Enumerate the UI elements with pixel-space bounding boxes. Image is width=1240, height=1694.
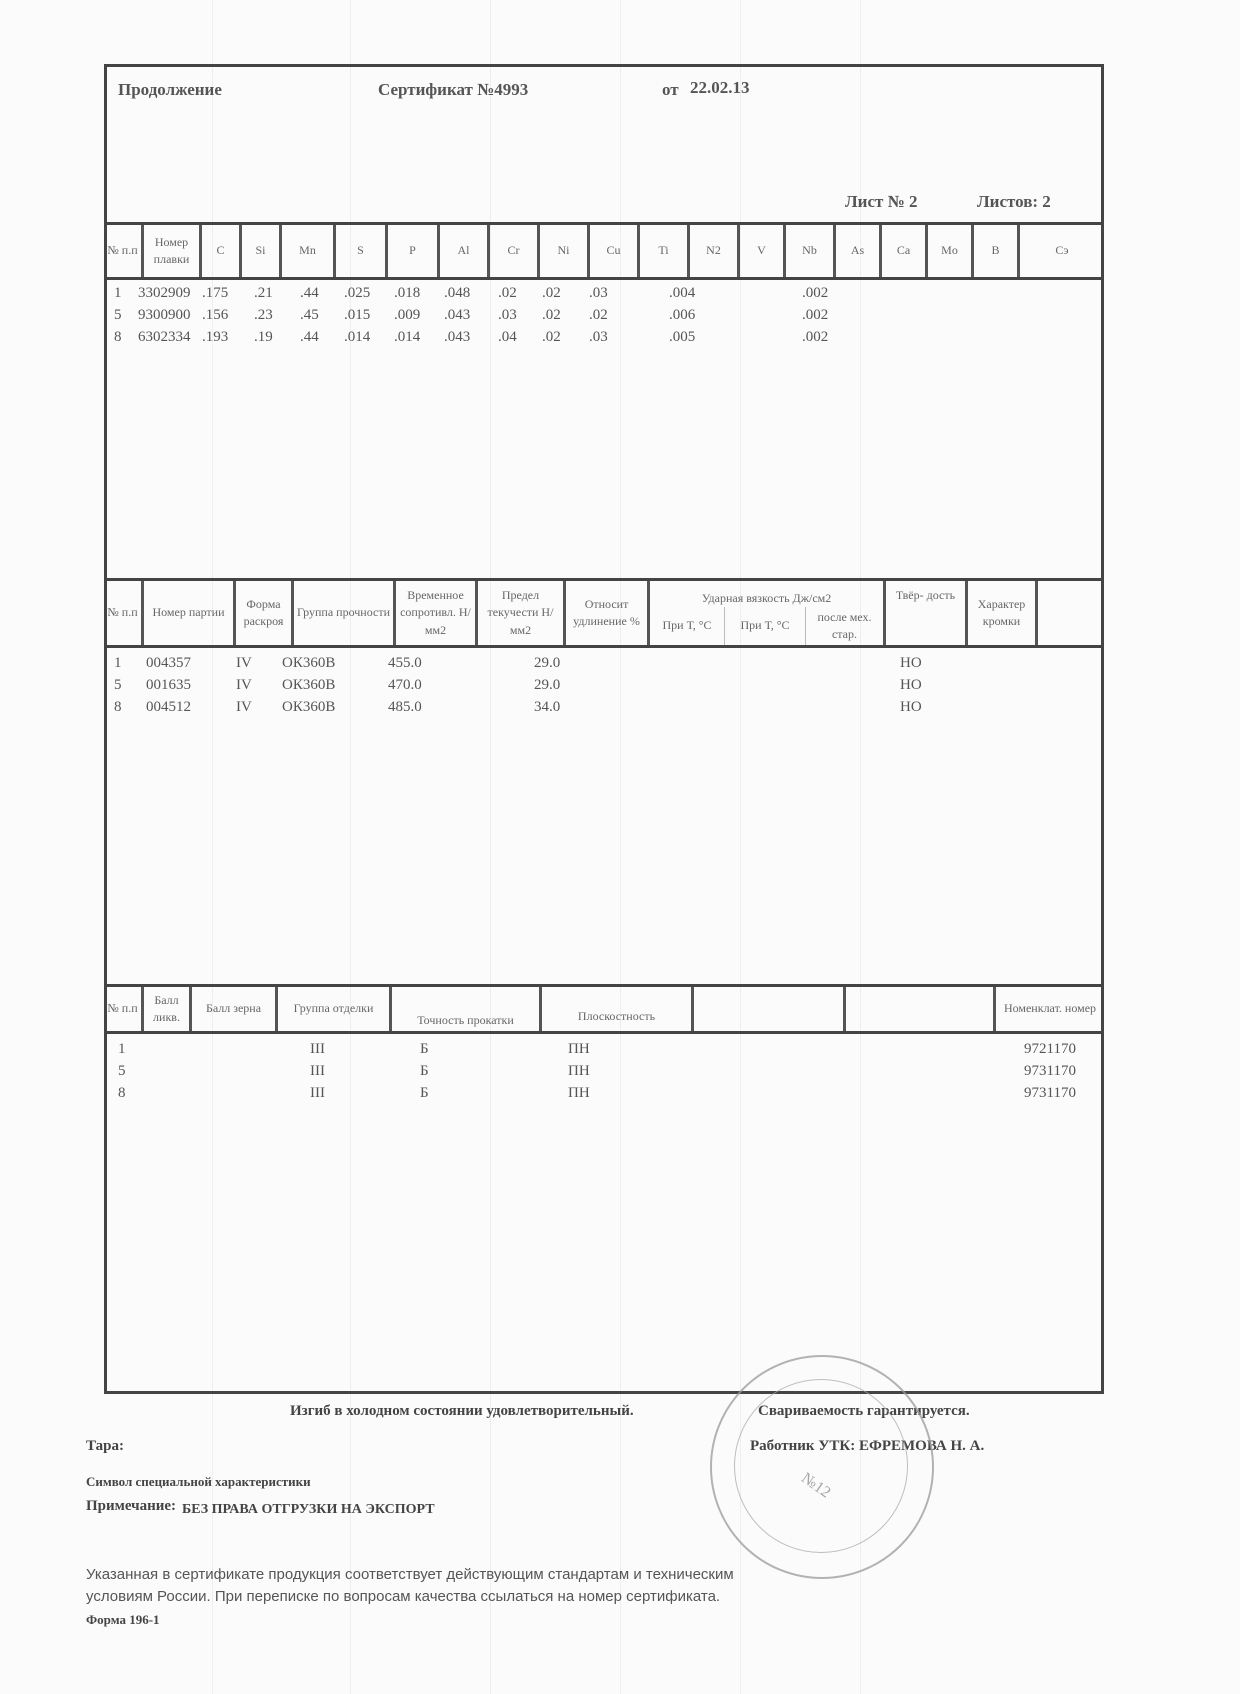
col-yield: Предел текучести Н/мм2: [478, 581, 566, 645]
finish-cell-n: 8: [118, 1082, 126, 1104]
mech-cell-edge: НО: [900, 652, 922, 674]
special-symbol-label: Символ специальной характеристики: [86, 1474, 311, 1490]
chem-cell-Mn: .44: [300, 326, 319, 348]
chem-cell-Si: .19: [254, 326, 273, 348]
compliance-line-2: условиям России. При переписке по вопрос…: [86, 1588, 720, 1605]
note-label: Примечание:: [86, 1498, 176, 1515]
continuation-label: Продолжение: [118, 80, 222, 100]
finish-cell-flatness: ПН: [568, 1060, 590, 1082]
col-edge: Характер кромки: [968, 581, 1038, 645]
chem-col-14: Nb: [786, 225, 836, 277]
chem-cell-S: .014: [344, 326, 370, 348]
mech-cell-cut: IV: [236, 652, 252, 674]
chem-table-header: № п.пНомер плавкиCSiMnSPAlCrNiCuTiN2VNbA…: [104, 222, 1104, 280]
finish-cell-accuracy: Б: [420, 1082, 429, 1104]
chem-cell-Al: .048: [444, 282, 470, 304]
mech-cell-n: 1: [114, 652, 122, 674]
chem-col-15: As: [836, 225, 882, 277]
chem-col-18: B: [974, 225, 1020, 277]
chem-cell-Si: .21: [254, 282, 273, 304]
col-empty-1: [694, 987, 846, 1031]
chem-col-13: V: [740, 225, 786, 277]
impact-t1: При Т, °С: [650, 607, 725, 645]
mech-cell-group: ОК360В: [282, 652, 335, 674]
chem-cell-n: 1: [114, 282, 122, 304]
chem-cell-P: .014: [394, 326, 420, 348]
chem-cell-P: .018: [394, 282, 420, 304]
chem-cell-n: 8: [114, 326, 122, 348]
chem-col-9: Ni: [540, 225, 590, 277]
col-impact: Ударная вязкость Дж/см2 При Т, °С При Т,…: [650, 581, 886, 645]
chem-cell-heat: 9300900: [138, 304, 191, 326]
mech-cell-edge: НО: [900, 696, 922, 718]
mech-cell-elongation: 29.0: [534, 652, 560, 674]
mech-cell-tensile: 455.0: [388, 652, 422, 674]
chem-cell-Cu: .03: [589, 326, 608, 348]
finish-cell-finish: III: [310, 1082, 325, 1104]
date-prefix: от: [662, 80, 679, 100]
finish-cell-finish: III: [310, 1038, 325, 1060]
chem-col-2: C: [202, 225, 242, 277]
col-grain: Балл зерна: [192, 987, 278, 1031]
sheets-total: Листов: 2: [977, 192, 1051, 212]
chem-cell-Mn: .45: [300, 304, 319, 326]
col-tensile: Временное сопротивл. Н/мм2: [396, 581, 478, 645]
finish-table-body: 1IIIБПН97211705IIIБПН97311708IIIБПН97311…: [104, 1038, 1104, 1128]
finish-cell-finish: III: [310, 1060, 325, 1082]
chem-cell-Cr: .04: [498, 326, 517, 348]
mech-cell-group: ОК360В: [282, 696, 335, 718]
col-n: № п.п: [104, 581, 144, 645]
chem-col-16: Ca: [882, 225, 928, 277]
chem-col-0: № п.п: [104, 225, 144, 277]
chem-col-5: S: [336, 225, 388, 277]
chem-col-17: Mo: [928, 225, 974, 277]
col-empty-2: [846, 987, 996, 1031]
certificate-date: 22.02.13: [690, 78, 750, 98]
mech-cell-cut: IV: [236, 696, 252, 718]
finish-cell-accuracy: Б: [420, 1038, 429, 1060]
chem-cell-N2: .006: [669, 304, 695, 326]
mech-cell-batch: 004512: [146, 696, 191, 718]
chem-table-body: 13302909.175.21.44.025.018.048.02.02.03.…: [104, 282, 1104, 372]
mech-cell-elongation: 29.0: [534, 674, 560, 696]
chem-cell-Cu: .02: [589, 304, 608, 326]
finish-cell-nomenclature: 9731170: [1024, 1060, 1076, 1082]
chem-cell-heat: 3302909: [138, 282, 191, 304]
finish-cell-nomenclature: 9731170: [1024, 1082, 1076, 1104]
chem-cell-C: .156: [202, 304, 228, 326]
chem-cell-S: .015: [344, 304, 370, 326]
note-value: БЕЗ ПРАВА ОТГРУЗКИ НА ЭКСПОРТ: [182, 1502, 435, 1518]
mech-table-body: 1004357IVОК360В455.029.0НО5001635IVОК360…: [104, 652, 1104, 742]
col-empty: [1038, 581, 1104, 645]
chem-cell-Al: .043: [444, 304, 470, 326]
tare-label: Тара:: [86, 1438, 124, 1455]
finish-cell-flatness: ПН: [568, 1082, 590, 1104]
chem-cell-Al: .043: [444, 326, 470, 348]
chem-cell-As: .002: [802, 326, 828, 348]
mech-cell-n: 5: [114, 674, 122, 696]
chem-cell-Cu: .03: [589, 282, 608, 304]
finish-cell-accuracy: Б: [420, 1060, 429, 1082]
col-strength-group: Группа прочности: [294, 581, 396, 645]
otk-stamp: №12: [710, 1355, 934, 1579]
mech-cell-batch: 004357: [146, 652, 191, 674]
mech-cell-group: ОК360В: [282, 674, 335, 696]
impact-t2: При Т, °С: [725, 607, 806, 645]
chem-cell-Si: .23: [254, 304, 273, 326]
chem-col-19: Cэ: [1020, 225, 1104, 277]
mech-cell-edge: НО: [900, 674, 922, 696]
chem-col-6: P: [388, 225, 440, 277]
mech-cell-tensile: 470.0: [388, 674, 422, 696]
chem-cell-P: .009: [394, 304, 420, 326]
col-flatness: Плоскостность: [542, 987, 694, 1031]
chem-col-4: Mn: [282, 225, 336, 277]
impact-title: Ударная вязкость Дж/см2: [702, 581, 832, 607]
compliance-line-1: Указанная в сертификате продукция соотве…: [86, 1566, 734, 1583]
chem-cell-Ni: .02: [542, 326, 561, 348]
finish-cell-n: 5: [118, 1060, 126, 1082]
chem-cell-N2: .004: [669, 282, 695, 304]
finish-cell-flatness: ПН: [568, 1038, 590, 1060]
col-liquation: Балл ликв.: [144, 987, 192, 1031]
col-finish-group: Группа отделки: [278, 987, 392, 1031]
chem-cell-n: 5: [114, 304, 122, 326]
sheet-number: Лист № 2: [845, 192, 917, 212]
col-nomenclature: Номенклат. номер: [996, 987, 1104, 1031]
chem-col-11: Ti: [640, 225, 690, 277]
certificate-number: Сертификат №4993: [378, 80, 528, 100]
finish-table-header: № п.п Балл ликв. Балл зерна Группа отдел…: [104, 984, 1104, 1034]
chem-col-8: Cr: [490, 225, 540, 277]
chem-col-3: Si: [242, 225, 282, 277]
col-n: № п.п: [104, 987, 144, 1031]
mech-cell-elongation: 34.0: [534, 696, 560, 718]
mech-cell-cut: IV: [236, 674, 252, 696]
col-batch: Номер партии: [144, 581, 236, 645]
finish-cell-n: 1: [118, 1038, 126, 1060]
col-cut: Форма раскроя: [236, 581, 294, 645]
bend-test-note: Изгиб в холодном состоянии удовлетворите…: [290, 1403, 634, 1420]
chem-col-12: N2: [690, 225, 740, 277]
chem-cell-As: .002: [802, 282, 828, 304]
finish-cell-nomenclature: 9721170: [1024, 1038, 1076, 1060]
mech-cell-n: 8: [114, 696, 122, 718]
chem-cell-Cr: .03: [498, 304, 517, 326]
chem-cell-S: .025: [344, 282, 370, 304]
chem-cell-heat: 6302334: [138, 326, 191, 348]
chem-cell-N2: .005: [669, 326, 695, 348]
chem-cell-Ni: .02: [542, 282, 561, 304]
form-number: Форма 196-1: [86, 1612, 160, 1628]
chem-col-1: Номер плавки: [144, 225, 202, 277]
chem-col-7: Al: [440, 225, 490, 277]
chem-cell-C: .193: [202, 326, 228, 348]
mech-cell-batch: 001635: [146, 674, 191, 696]
stamp-inner-ring: [734, 1379, 908, 1553]
col-rolling-accuracy: Точность прокатки: [392, 987, 542, 1031]
chem-cell-Mn: .44: [300, 282, 319, 304]
chem-col-10: Cu: [590, 225, 640, 277]
chem-cell-C: .175: [202, 282, 228, 304]
mech-cell-tensile: 485.0: [388, 696, 422, 718]
mech-table-header: № п.п Номер партии Форма раскроя Группа …: [104, 578, 1104, 648]
impact-aging: после мех. стар.: [806, 607, 883, 645]
chem-cell-Ni: .02: [542, 304, 561, 326]
chem-cell-As: .002: [802, 304, 828, 326]
col-hardness: Твёр- дость: [886, 581, 968, 645]
chem-cell-Cr: .02: [498, 282, 517, 304]
col-elongation: Относит удлинение %: [566, 581, 650, 645]
